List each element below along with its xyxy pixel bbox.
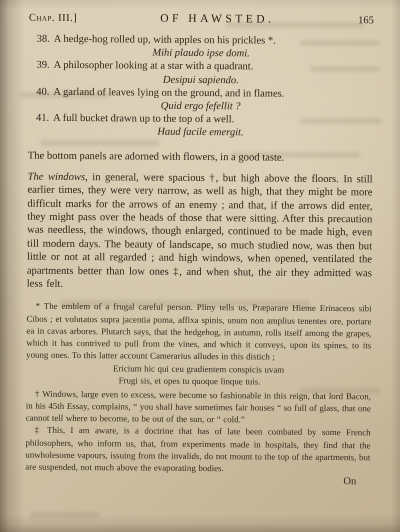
item-number: 39. (36, 60, 49, 71)
paragraph-body: in general, were spacious †, but high ab… (27, 172, 373, 290)
footnote-dagger: † Windows, large even to excess, were be… (26, 388, 371, 427)
book-page-photo: Chap. III.] OF HAWSTED. 165 38.A hedge-h… (0, 0, 400, 532)
item-number: 40. (36, 87, 49, 98)
footnote-star: * The emblem of a frugal careful person.… (26, 300, 371, 363)
list-item: 39.A philosopher looking at a star with … (28, 59, 373, 88)
footnote-distich: Ericium hic qui ceu gradientem conspicis… (26, 362, 371, 389)
item-number: 38. (37, 34, 50, 45)
item-text: A hedge-hog rolled up, with apples on hi… (54, 34, 276, 47)
item-text: A philosopher looking at a star with a q… (54, 60, 254, 73)
item-motto: Haud facile emergit. (28, 125, 373, 141)
page-number: 165 (334, 15, 374, 26)
paragraph-windows: The windows, in general, were spacious †… (27, 170, 373, 293)
page-content: Chap. III.] OF HAWSTED. 165 38.A hedge-h… (0, 0, 400, 532)
footnote-double-dagger: ‡ This, I am aware, is a doctrine that h… (25, 424, 370, 475)
item-text: A full bucket drawn up to the top of a w… (53, 113, 234, 125)
running-header: Chap. III.] OF HAWSTED. 165 (29, 12, 374, 27)
catchword: On (25, 473, 370, 487)
item-number: 41. (36, 113, 49, 124)
chapter-label: Chap. III.] (29, 13, 101, 25)
paragraph-panels: The bottom panels are adorned with flowe… (28, 149, 373, 165)
list-item: 41.A full bucket drawn up to the top of … (28, 112, 373, 141)
list-item: 40.A garland of leaves lying on the grou… (28, 85, 373, 114)
paragraph-lead: The windows, (28, 171, 88, 182)
emblem-list: 38.A hedge-hog rolled up, with apples on… (28, 33, 374, 141)
footnotes: * The emblem of a frugal careful person.… (25, 300, 371, 475)
list-item: 38.A hedge-hog rolled up, with apples on… (29, 33, 374, 62)
distich-line: Frugi sis, et opes tu quoque linque tuis… (8, 374, 371, 389)
item-text: A garland of leaves lying on the ground,… (53, 87, 284, 100)
page-title: OF HAWSTED. (101, 12, 334, 26)
